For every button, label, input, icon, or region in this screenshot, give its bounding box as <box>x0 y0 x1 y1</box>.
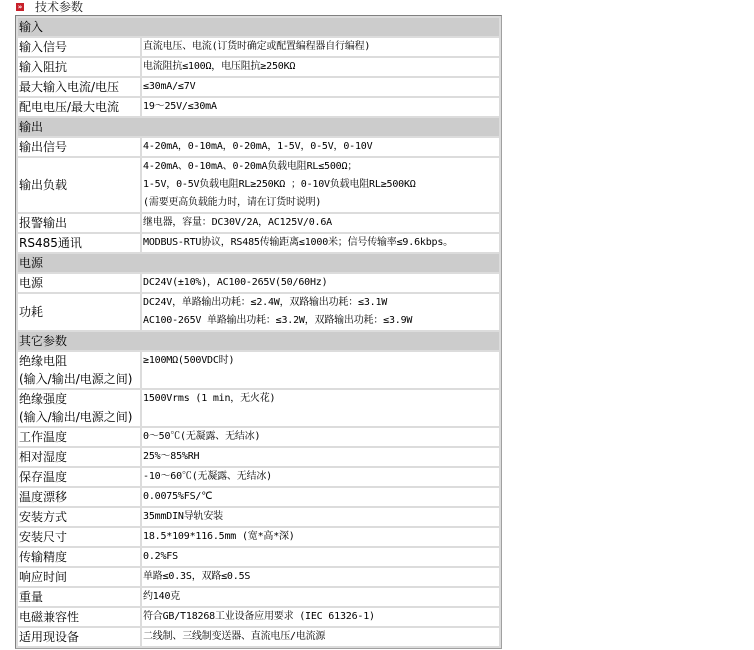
param-label-line: 输出负载 <box>19 176 139 194</box>
section-title: 其它参数 <box>18 332 499 350</box>
param-value-line: ≤30mA/≤7V <box>143 78 498 96</box>
param-label: 绝缘强度(输入/输出/电源之间) <box>18 390 140 426</box>
param-value: 0.0075%FS/℃ <box>142 488 499 506</box>
param-value-line: (需要更高负载能力时，请在订货时说明) <box>143 194 498 212</box>
param-value-line: 25%～85%RH <box>143 448 498 466</box>
param-value-line: 18.5*109*116.5mm (宽*高*深) <box>143 528 498 546</box>
param-value: 约140克 <box>142 588 499 606</box>
table-row: 绝缘强度(输入/输出/电源之间)1500Vrms (1 min，无火花) <box>18 390 499 426</box>
param-label-line: 响应时间 <box>19 568 139 586</box>
param-value-line: -10～60℃(无凝露、无结冰) <box>143 468 498 486</box>
param-value: 符合GB/T18268工业设备应用要求 (IEC 61326-1) <box>142 608 499 626</box>
param-label: 输入信号 <box>18 38 140 56</box>
param-value-line: ≥100MΩ(500VDC时) <box>143 352 498 370</box>
section-title: 输入 <box>18 18 499 36</box>
table-row: 安装方式35mmDIN导轨安装 <box>18 508 499 526</box>
param-value-line: 1-5V，0-5V负载电阻RL≥250KΩ ；0-10V负载电阻RL≥500KΩ <box>143 176 498 194</box>
table-row: 绝缘电阻(输入/输出/电源之间)≥100MΩ(500VDC时) <box>18 352 499 388</box>
param-label-line: 电磁兼容性 <box>19 608 139 626</box>
param-value: 0～50℃(无凝露、无结冰) <box>142 428 499 446</box>
param-value-line: 35mmDIN导轨安装 <box>143 508 498 526</box>
param-value: 电流阻抗≤100Ω，电压阻抗≥250KΩ <box>142 58 499 76</box>
param-value: 继电器，容量：DC30V/2A，AC125V/0.6A <box>142 214 499 232</box>
param-label-line: 工作温度 <box>19 428 139 446</box>
param-value-line: 约140克 <box>143 588 498 606</box>
table-row: 电磁兼容性符合GB/T18268工业设备应用要求 (IEC 61326-1) <box>18 608 499 626</box>
param-value-line: 单路≤0.3S，双路≤0.5S <box>143 568 498 586</box>
param-label: 输出信号 <box>18 138 140 156</box>
table-row: 功耗DC24V，单路输出功耗：≤2.4W，双路输出功耗：≤3.1WAC100-2… <box>18 294 499 330</box>
param-value: 1500Vrms (1 min，无火花) <box>142 390 499 426</box>
param-value: 单路≤0.3S，双路≤0.5S <box>142 568 499 586</box>
param-value-line: 二线制、三线制变送器、直流电压/电流源 <box>143 628 498 646</box>
section-row: 其它参数 <box>18 332 499 350</box>
param-label: RS485通讯 <box>18 234 140 252</box>
param-label-line: (输入/输出/电源之间) <box>19 408 139 426</box>
param-value-line: 0.0075%FS/℃ <box>143 488 498 506</box>
param-label-line: 保存温度 <box>19 468 139 486</box>
param-value: ≤30mA/≤7V <box>142 78 499 96</box>
section-row: 电源 <box>18 254 499 272</box>
param-label-line: 功耗 <box>19 303 139 321</box>
param-label-line: 温度漂移 <box>19 488 139 506</box>
param-label: 重量 <box>18 588 140 606</box>
param-label: 温度漂移 <box>18 488 140 506</box>
param-label: 传输精度 <box>18 548 140 566</box>
param-label-line: 适用现设备 <box>19 628 139 646</box>
table-row: 报警输出继电器，容量：DC30V/2A，AC125V/0.6A <box>18 214 499 232</box>
table-row: 重量约140克 <box>18 588 499 606</box>
param-value-line: 0.2%FS <box>143 548 498 566</box>
param-label-line: RS485通讯 <box>19 234 139 252</box>
table-row: 保存温度-10～60℃(无凝露、无结冰) <box>18 468 499 486</box>
param-value-line: AC100-265V 单路输出功耗：≤3.2W，双路输出功耗：≤3.9W <box>143 312 498 330</box>
param-label-line: 绝缘电阻 <box>19 352 139 370</box>
section-row: 输出 <box>18 118 499 136</box>
table-row: 最大输入电流/电压≤30mA/≤7V <box>18 78 499 96</box>
table-row: 输出负载4-20mA、0-10mA、0-20mA负载电阻RL≤500Ω；1-5V… <box>18 158 499 212</box>
param-label: 绝缘电阻(输入/输出/电源之间) <box>18 352 140 388</box>
param-value: 18.5*109*116.5mm (宽*高*深) <box>142 528 499 546</box>
param-value: DC24V，单路输出功耗：≤2.4W，双路输出功耗：≤3.1WAC100-265… <box>142 294 499 330</box>
param-label: 安装方式 <box>18 508 140 526</box>
param-label: 适用现设备 <box>18 628 140 646</box>
param-value-line: 4-20mA、0-10mA、0-20mA负载电阻RL≤500Ω； <box>143 158 498 176</box>
param-label-line: 配电电压/最大电流 <box>19 98 139 116</box>
table-row: 相对湿度25%～85%RH <box>18 448 499 466</box>
param-value-line: 19～25V/≤30mA <box>143 98 498 116</box>
table-row: 工作温度0～50℃(无凝露、无结冰) <box>18 428 499 446</box>
table-row: 传输精度0.2%FS <box>18 548 499 566</box>
param-label-line: 报警输出 <box>19 214 139 232</box>
param-label: 最大输入电流/电压 <box>18 78 140 96</box>
param-label-line: (输入/输出/电源之间) <box>19 370 139 388</box>
param-value-line <box>143 370 498 388</box>
param-label: 输入阻抗 <box>18 58 140 76</box>
table-row: 输出信号4-20mA，0-10mA，0-20mA，1-5V，0-5V，0-10V <box>18 138 499 156</box>
param-value: -10～60℃(无凝露、无结冰) <box>142 468 499 486</box>
param-label: 电源 <box>18 274 140 292</box>
param-value-line <box>143 408 498 426</box>
param-label: 功耗 <box>18 294 140 330</box>
arrow-right-box-icon: » <box>16 3 24 11</box>
param-value-line: 4-20mA，0-10mA，0-20mA，1-5V，0-5V，0-10V <box>143 138 498 156</box>
param-value-line: 继电器，容量：DC30V/2A，AC125V/0.6A <box>143 214 498 232</box>
table-row: 响应时间单路≤0.3S，双路≤0.5S <box>18 568 499 586</box>
param-value: 4-20mA，0-10mA，0-20mA，1-5V，0-5V，0-10V <box>142 138 499 156</box>
param-value-line: MODBUS-RTU协议，RS485传输距离≤1000米；信号传输率≤9.6kb… <box>143 234 498 252</box>
param-label-line: 电源 <box>19 274 139 292</box>
param-label: 配电电压/最大电流 <box>18 98 140 116</box>
param-value: 19～25V/≤30mA <box>142 98 499 116</box>
param-label: 工作温度 <box>18 428 140 446</box>
page-title: 技术参数 <box>35 0 83 14</box>
param-value-line: DC24V(±10%)，AC100-265V(50/60Hz) <box>143 274 498 292</box>
param-value: 0.2%FS <box>142 548 499 566</box>
param-value-line: 1500Vrms (1 min，无火花) <box>143 390 498 408</box>
param-label: 保存温度 <box>18 468 140 486</box>
param-label-line: 绝缘强度 <box>19 390 139 408</box>
param-label: 安装尺寸 <box>18 528 140 546</box>
param-value-line: 符合GB/T18268工业设备应用要求 (IEC 61326-1) <box>143 608 498 626</box>
section-row: 输入 <box>18 18 499 36</box>
param-value: DC24V(±10%)，AC100-265V(50/60Hz) <box>142 274 499 292</box>
param-label-line: 输入信号 <box>19 38 139 56</box>
param-label-line: 输入阻抗 <box>19 58 139 76</box>
param-label-line: 重量 <box>19 588 139 606</box>
param-value: ≥100MΩ(500VDC时) <box>142 352 499 388</box>
param-value: 25%～85%RH <box>142 448 499 466</box>
param-value-line: 电流阻抗≤100Ω，电压阻抗≥250KΩ <box>143 58 498 76</box>
section-header: » 技术参数 <box>16 0 83 14</box>
table-row: 温度漂移0.0075%FS/℃ <box>18 488 499 506</box>
param-value: 35mmDIN导轨安装 <box>142 508 499 526</box>
param-label-line: 相对湿度 <box>19 448 139 466</box>
param-value-line: 直流电压、电流(订货时确定或配置编程器自行编程) <box>143 38 498 56</box>
param-label: 响应时间 <box>18 568 140 586</box>
param-label-line: 安装尺寸 <box>19 528 139 546</box>
table-row: 配电电压/最大电流19～25V/≤30mA <box>18 98 499 116</box>
param-value: 直流电压、电流(订货时确定或配置编程器自行编程) <box>142 38 499 56</box>
param-label-line: 输出信号 <box>19 138 139 156</box>
param-label-line: 安装方式 <box>19 508 139 526</box>
table-row: 安装尺寸18.5*109*116.5mm (宽*高*深) <box>18 528 499 546</box>
table-row: 输入阻抗电流阻抗≤100Ω，电压阻抗≥250KΩ <box>18 58 499 76</box>
param-label-line: 传输精度 <box>19 548 139 566</box>
param-value: 4-20mA、0-10mA、0-20mA负载电阻RL≤500Ω；1-5V，0-5… <box>142 158 499 212</box>
param-label: 电磁兼容性 <box>18 608 140 626</box>
param-value: 二线制、三线制变送器、直流电压/电流源 <box>142 628 499 646</box>
section-title: 电源 <box>18 254 499 272</box>
table-row: RS485通讯MODBUS-RTU协议，RS485传输距离≤1000米；信号传输… <box>18 234 499 252</box>
param-label: 相对湿度 <box>18 448 140 466</box>
param-value: MODBUS-RTU协议，RS485传输距离≤1000米；信号传输率≤9.6kb… <box>142 234 499 252</box>
table-row: 适用现设备二线制、三线制变送器、直流电压/电流源 <box>18 628 499 646</box>
param-label: 报警输出 <box>18 214 140 232</box>
spec-table: 输入输入信号直流电压、电流(订货时确定或配置编程器自行编程)输入阻抗电流阻抗≤1… <box>15 15 502 649</box>
param-label-line: 最大输入电流/电压 <box>19 78 139 96</box>
param-value-line: DC24V，单路输出功耗：≤2.4W，双路输出功耗：≤3.1W <box>143 294 498 312</box>
param-value-line: 0～50℃(无凝露、无结冰) <box>143 428 498 446</box>
table-row: 电源DC24V(±10%)，AC100-265V(50/60Hz) <box>18 274 499 292</box>
table-row: 输入信号直流电压、电流(订货时确定或配置编程器自行编程) <box>18 38 499 56</box>
param-label: 输出负载 <box>18 158 140 212</box>
section-title: 输出 <box>18 118 499 136</box>
